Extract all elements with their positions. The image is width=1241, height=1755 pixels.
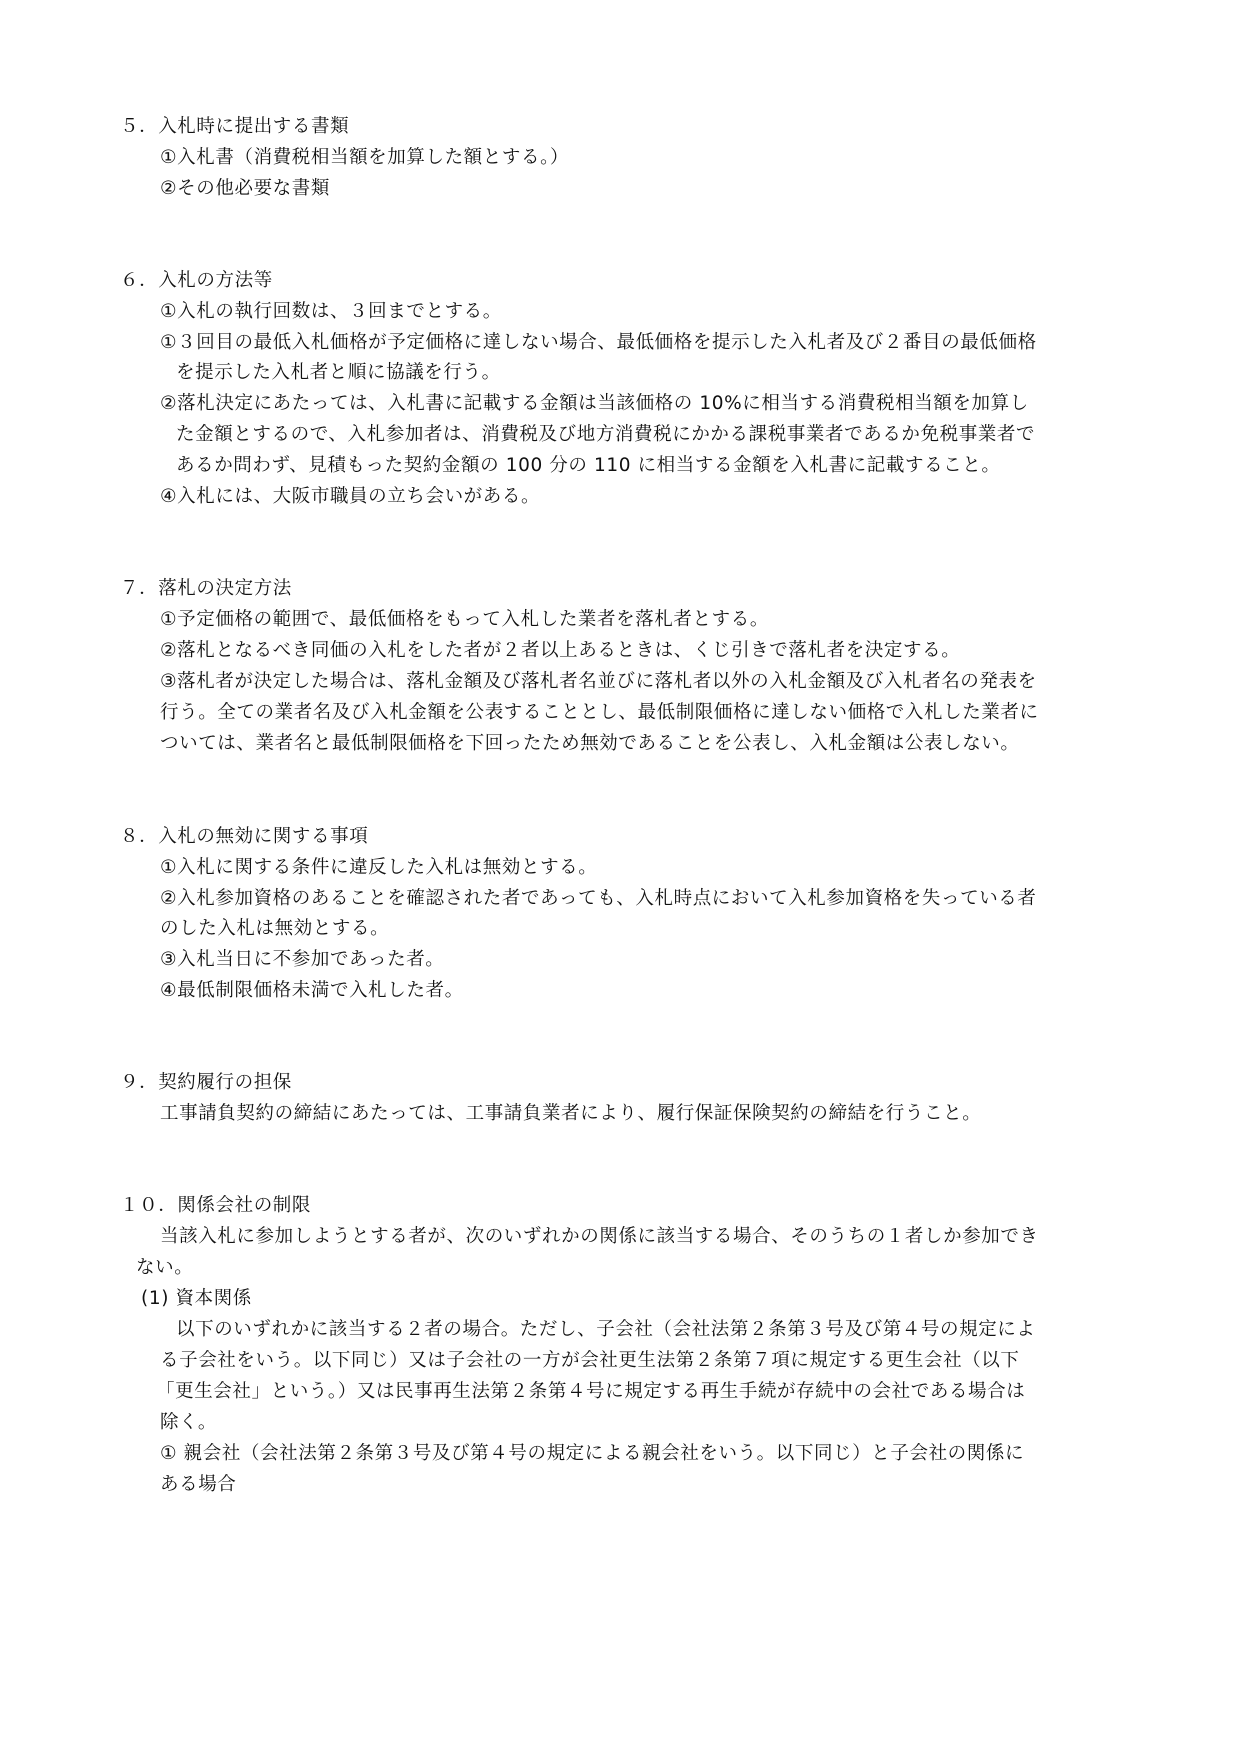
section-10-body-continued: ない。 — [136, 1257, 193, 1279]
section-6-heading: ６．入札の方法等 — [120, 270, 273, 292]
section-7-item: ③落札者が決定した場合は、落札金額及び落札者名並びに落札者以外の入札金額及び入札… — [160, 671, 1037, 693]
section-7-item: ①予定価格の範囲で、最低価格をもって入札した業者を落札者とする。 — [160, 609, 769, 631]
section-10-body: 当該入札に参加しようとする者が、次のいずれかの関係に該当する場合、そのうちの１者… — [160, 1226, 1039, 1248]
section-9-body: 工事請負契約の締結にあたっては、工事請負業者により、履行保証保険契約の締結を行う… — [160, 1103, 981, 1125]
subsection-body-continued: 除く。 — [160, 1412, 217, 1434]
section-6-item: ②落札決定にあたっては、入札書に記載する金額は当該価格の 10%に相当する消費税… — [160, 393, 1029, 415]
section-8-item: ①入札に関する条件に違反した入札は無効とする。 — [160, 857, 597, 879]
subsection-body-continued: 「更生会社」という。）又は民事再生法第２条第４号に規定する再生手続が存続中の会社… — [156, 1381, 1025, 1403]
section-6-item-continued: を提示した入札者と順に協議を行う。 — [176, 362, 501, 384]
section-7-heading: ７．落札の決定方法 — [120, 578, 292, 600]
section-5-item: ①入札書（消費税相当額を加算した額とする。） — [160, 147, 569, 169]
section-9-heading: ９．契約履行の担保 — [120, 1072, 292, 1094]
section-8-item: ②入札参加資格のあることを確認された者であっても、入札時点において入札参加資格を… — [160, 888, 1037, 910]
section-5-heading: ５．入札時に提出する書類 — [120, 116, 349, 138]
section-8-heading: ８．入札の無効に関する事項 — [120, 826, 368, 848]
section-6-item-continued: た金額とするので、入札参加者は、消費税及び地方消費税にかかる課税事業者であるか免… — [176, 424, 1035, 446]
section-5-item: ②その他必要な書類 — [160, 178, 330, 200]
section-7-item-continued: 行う。全ての業者名及び入札金額を公表することとし、最低制限価格に達しない価格で入… — [160, 702, 1039, 724]
section-6-item: ①３回目の最低入札価格が予定価格に達しない場合、最低価格を提示した入札者及び２番… — [160, 332, 1037, 354]
section-8-item-continued: のした入札は無効とする。 — [160, 918, 389, 940]
subsection-item: ① 親会社（会社法第２条第３号及び第４号の規定による親会社をいう。以下同じ）と子… — [160, 1443, 1024, 1465]
subsection-body-continued: る子会社をいう。以下同じ）又は子会社の一方が会社更生法第２条第７項に規定する更生… — [160, 1350, 1020, 1372]
subsection-capital-relationship-heading: (1) 資本関係 — [141, 1288, 252, 1310]
subsection-body: 以下のいずれかに該当する２者の場合。ただし、子会社（会社法第２条第３号及び第４号… — [176, 1319, 1036, 1341]
subsection-item-continued: ある場合 — [160, 1474, 236, 1496]
section-6-item-continued: あるか問わず、見積もった契約金額の 100 分の 110 に相当する金額を入札書… — [176, 455, 1000, 477]
section-8-item: ④最低制限価格未満で入札した者。 — [160, 980, 464, 1002]
section-7-item-continued: ついては、業者名と最低制限価格を下回ったため無効であることを公表し、入札金額は公… — [160, 733, 1020, 755]
section-7-item: ②落札となるべき同価の入札をした者が２者以上あるときは、くじ引きで落札者を決定す… — [160, 640, 960, 662]
section-10-heading: １０．関係会社の制限 — [120, 1195, 311, 1217]
section-6-item: ④入札には、大阪市職員の立ち会いがある。 — [160, 486, 540, 508]
section-8-item: ③入札当日に不参加であった者。 — [160, 949, 444, 971]
section-6-item: ①入札の執行回数は、３回までとする。 — [160, 301, 502, 323]
